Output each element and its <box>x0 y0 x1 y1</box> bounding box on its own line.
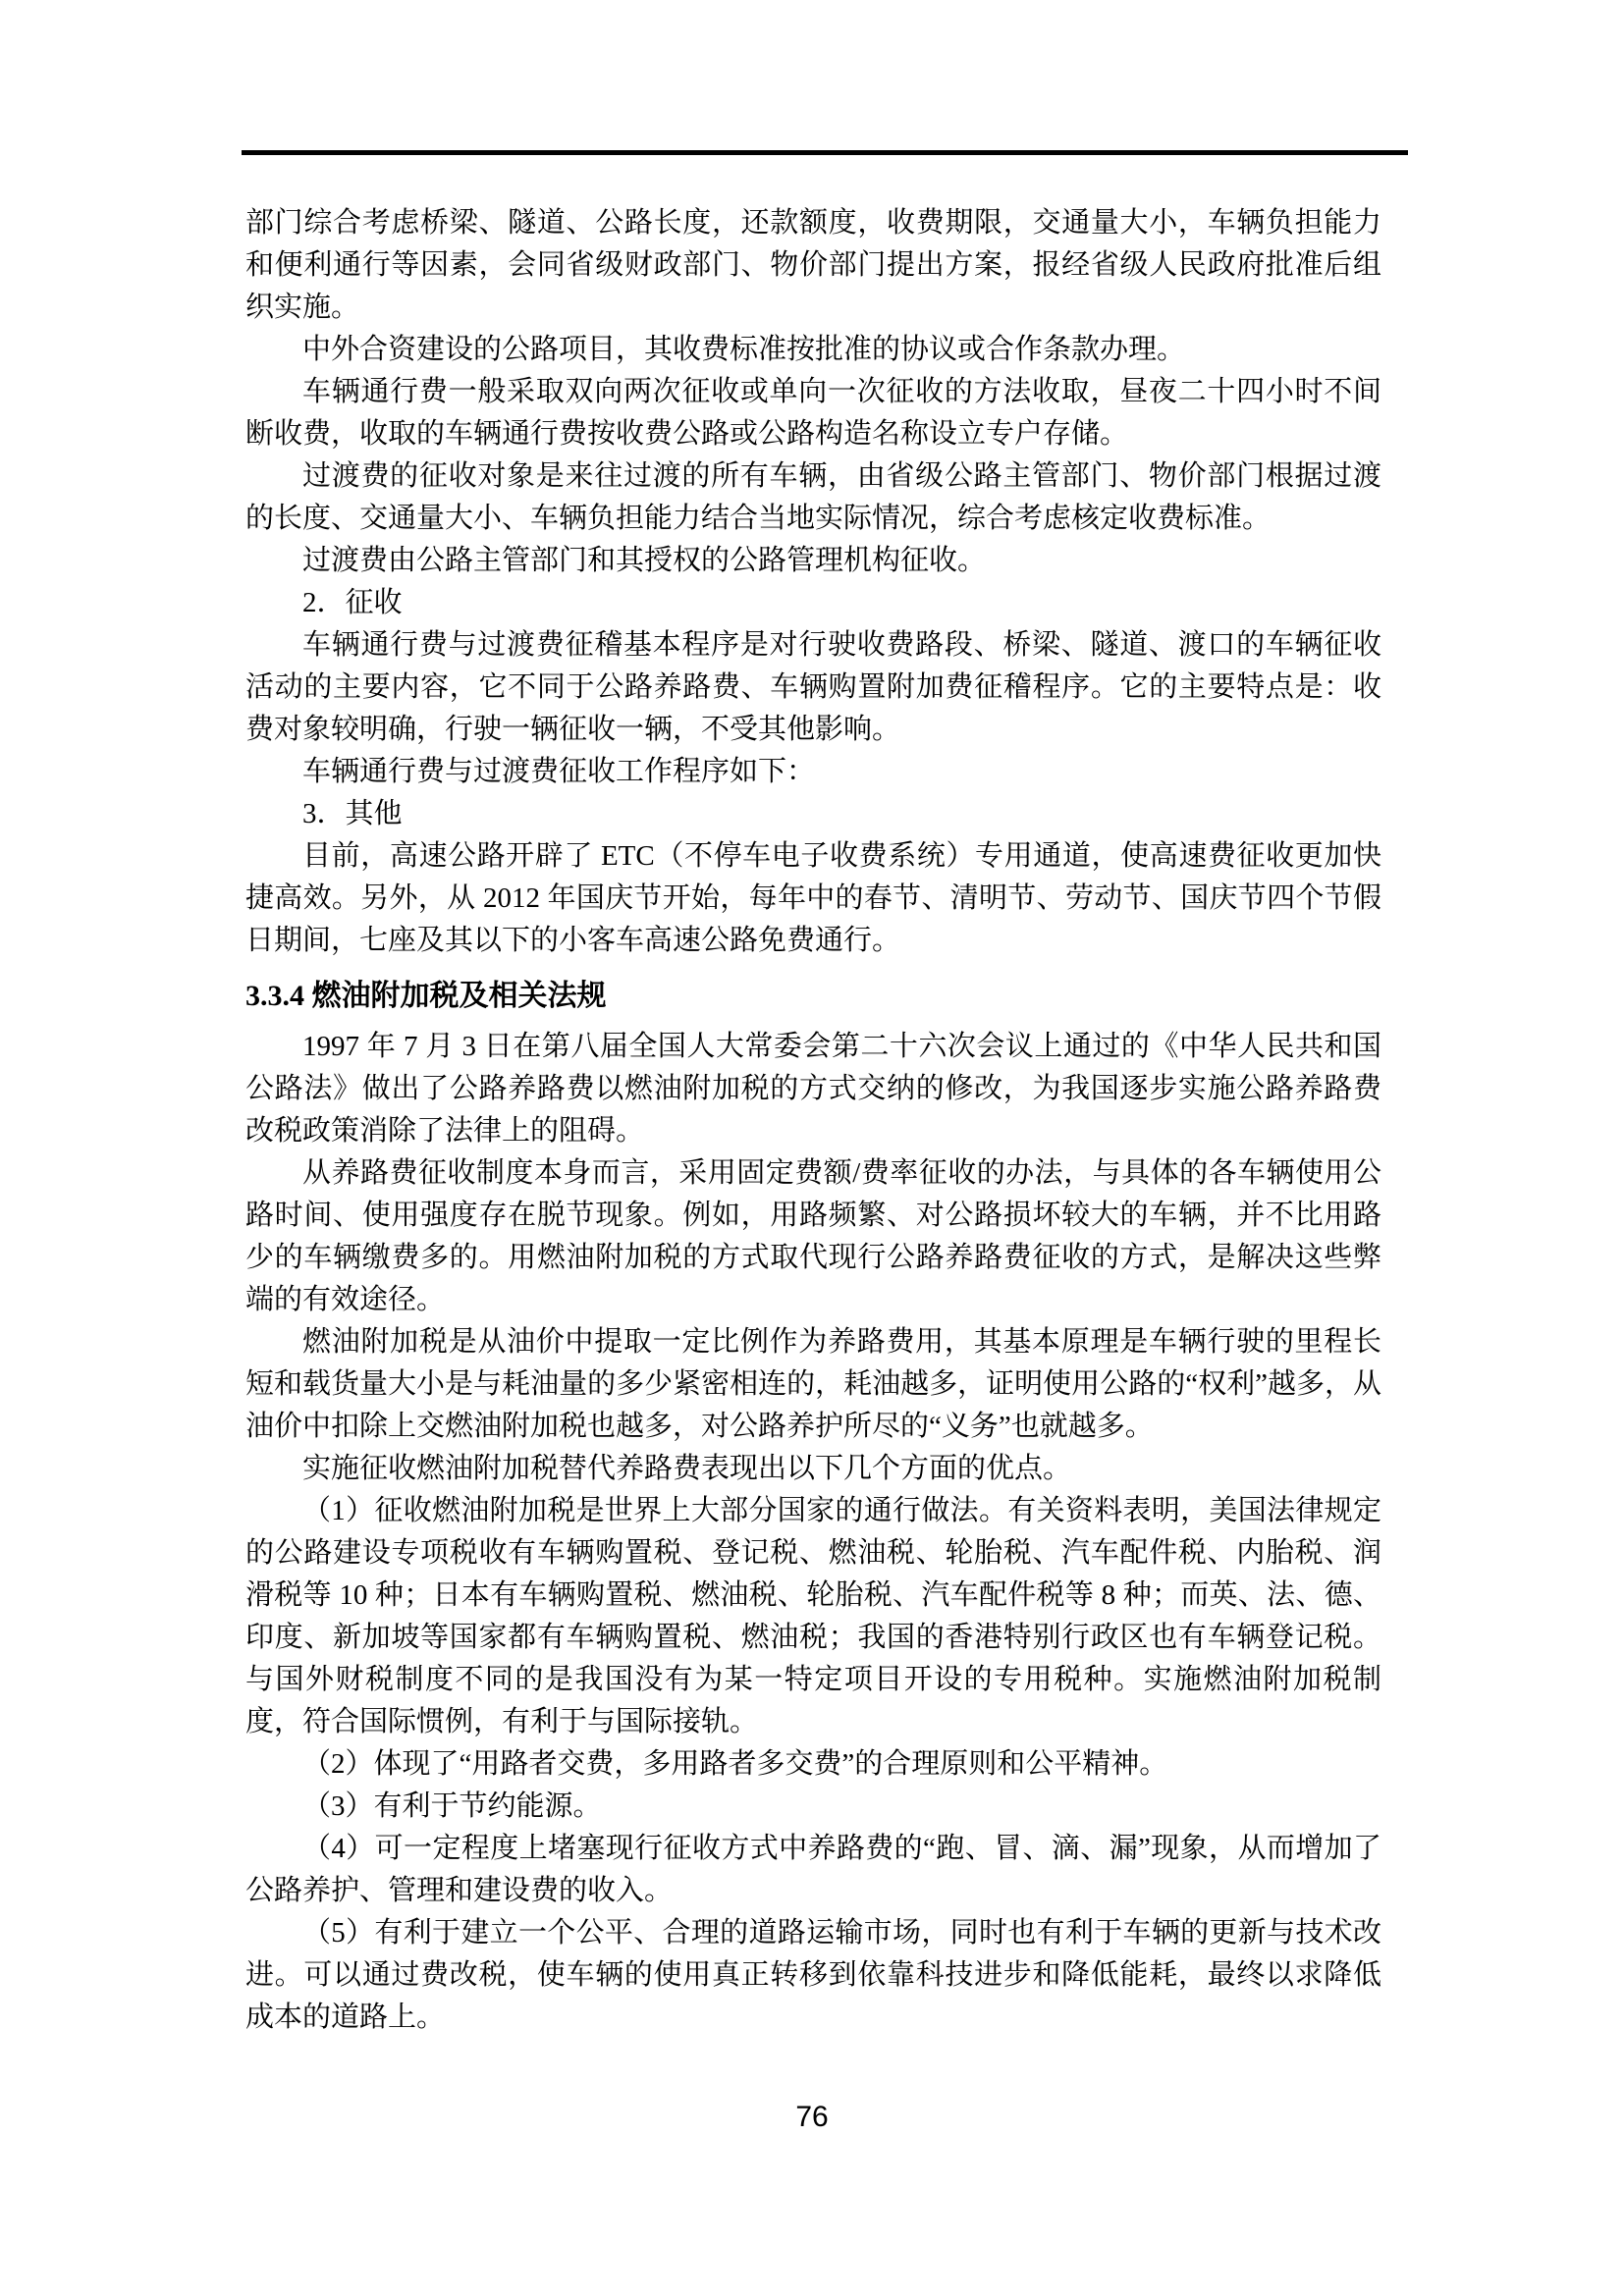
paragraph: 车辆通行费与过渡费征收工作程序如下： <box>245 751 1381 793</box>
paragraph: 车辆通行费一般采取双向两次征收或单向一次征收的方法收取，昼夜二十四小时不间断收费… <box>245 371 1381 455</box>
paragraph: 部门综合考虑桥梁、隧道、公路长度，还款额度，收费期限，交通量大小，车辆负担能力和… <box>245 202 1381 329</box>
paragraph: 2．征收 <box>245 582 1381 624</box>
paragraph: 3．其他 <box>245 793 1381 835</box>
paragraph: （1）征收燃油附加税是世界上大部分国家的通行做法。有关资料表明，美国法律规定的公… <box>245 1490 1381 1743</box>
paragraph: 车辆通行费与过渡费征稽基本程序是对行驶收费路段、桥梁、隧道、渡口的车辆征收活动的… <box>245 624 1381 751</box>
header-rule <box>242 150 1408 155</box>
document-page: 部门综合考虑桥梁、隧道、公路长度，还款额度，收费期限，交通量大小，车辆负担能力和… <box>0 0 1624 2296</box>
paragraph: 过渡费的征收对象是来往过渡的所有车辆，由省级公路主管部门、物价部门根据过渡的长度… <box>245 455 1381 540</box>
section-heading: 3.3.4 燃油附加税及相关法规 <box>245 975 1381 1017</box>
document-body: 部门综合考虑桥梁、隧道、公路长度，还款额度，收费期限，交通量大小，车辆负担能力和… <box>245 202 1381 2039</box>
paragraph: （3）有利于节约能源。 <box>245 1786 1381 1828</box>
paragraph: 中外合资建设的公路项目，其收费标准按批准的协议或合作条款办理。 <box>245 329 1381 371</box>
paragraph: 燃油附加税是从油价中提取一定比例作为养路费用，其基本原理是车辆行驶的里程长短和载… <box>245 1321 1381 1448</box>
paragraph: 实施征收燃油附加税替代养路费表现出以下几个方面的优点。 <box>245 1448 1381 1490</box>
paragraph: （2）体现了“用路者交费，多用路者多交费”的合理原则和公平精神。 <box>245 1743 1381 1786</box>
paragraph: 目前，高速公路开辟了 ETC（不停车电子收费系统）专用通道，使高速费征收更加快捷… <box>245 835 1381 962</box>
paragraph: 从养路费征收制度本身而言，采用固定费额/费率征收的办法，与具体的各车辆使用公路时… <box>245 1152 1381 1321</box>
paragraph: （5）有利于建立一个公平、合理的道路运输市场，同时也有利于车辆的更新与技术改进。… <box>245 1912 1381 2039</box>
paragraph: （4）可一定程度上堵塞现行征收方式中养路费的“跑、冒、滴、漏”现象，从而增加了公… <box>245 1828 1381 1912</box>
paragraph: 过渡费由公路主管部门和其授权的公路管理机构征收。 <box>245 540 1381 582</box>
paragraph: 1997 年 7 月 3 日在第八届全国人大常委会第二十六次会议上通过的《中华人… <box>245 1026 1381 1152</box>
page-number: 76 <box>0 2101 1624 2134</box>
